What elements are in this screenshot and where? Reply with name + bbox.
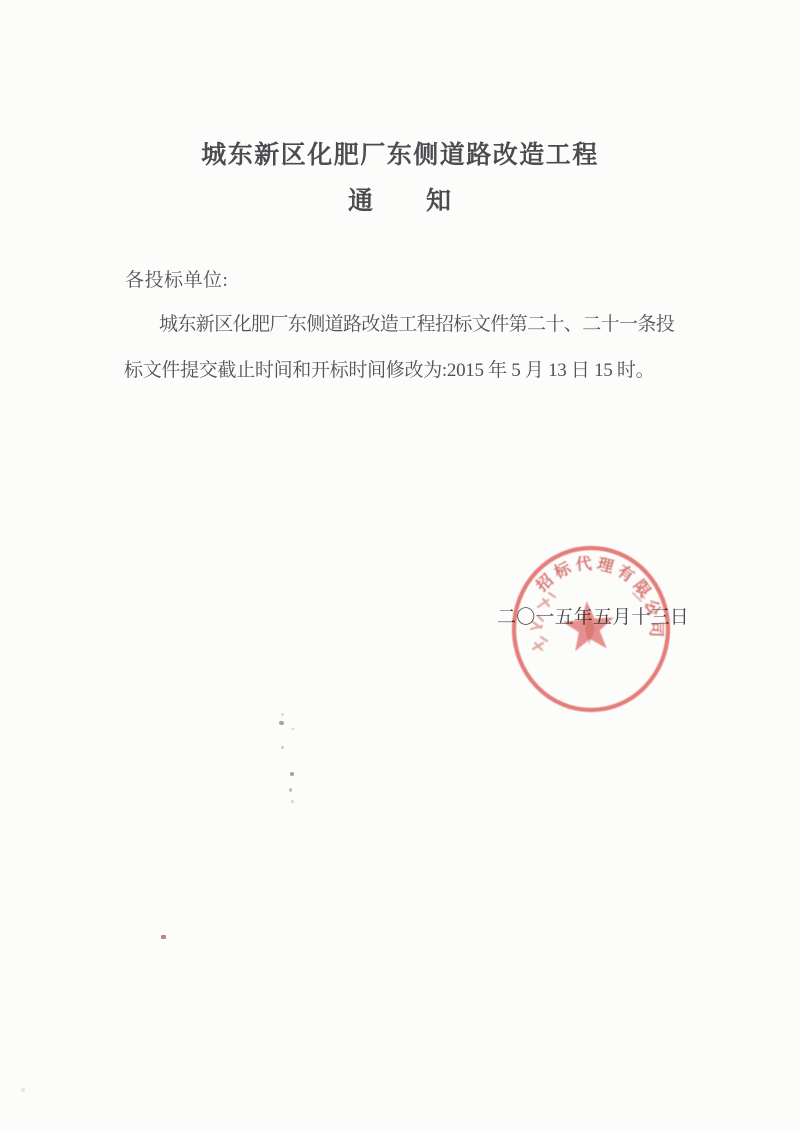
scan-speck: [21, 1088, 25, 1092]
ink-speck: [161, 935, 166, 939]
scan-speck: [291, 728, 295, 730]
scan-speck: [289, 788, 292, 792]
scan-speck: [290, 772, 294, 776]
scanned-notice-page: 城东新区化肥厂东侧道路改造工程 通 知 各投标单位: 城东新区化肥厂东侧道路改造…: [0, 0, 800, 1131]
seal-arc-text: 招标代理有限公司: [532, 554, 667, 642]
scan-speck: [281, 713, 284, 716]
project-title: 城东新区化肥厂东侧道路改造工程: [0, 143, 800, 168]
scan-speck: [278, 720, 284, 725]
body-text-line-2: 标文件提交截止时间和开标时间修改为:2015 年 5 月 13 日 15 时。: [124, 361, 654, 380]
scan-speck: [291, 800, 294, 803]
notice-heading: 通 知: [0, 189, 800, 214]
seal-ring: [514, 548, 668, 710]
scan-speck: [281, 746, 284, 749]
company-seal-stamp: 招标代理有限公司: [505, 541, 680, 721]
body-text-line-1: 城东新区化肥厂东侧道路改造工程招标文件第二十、二十一条投: [159, 315, 674, 334]
salutation: 各投标单位:: [125, 271, 228, 290]
issue-date: 二〇一五年五月十三日: [497, 608, 689, 627]
